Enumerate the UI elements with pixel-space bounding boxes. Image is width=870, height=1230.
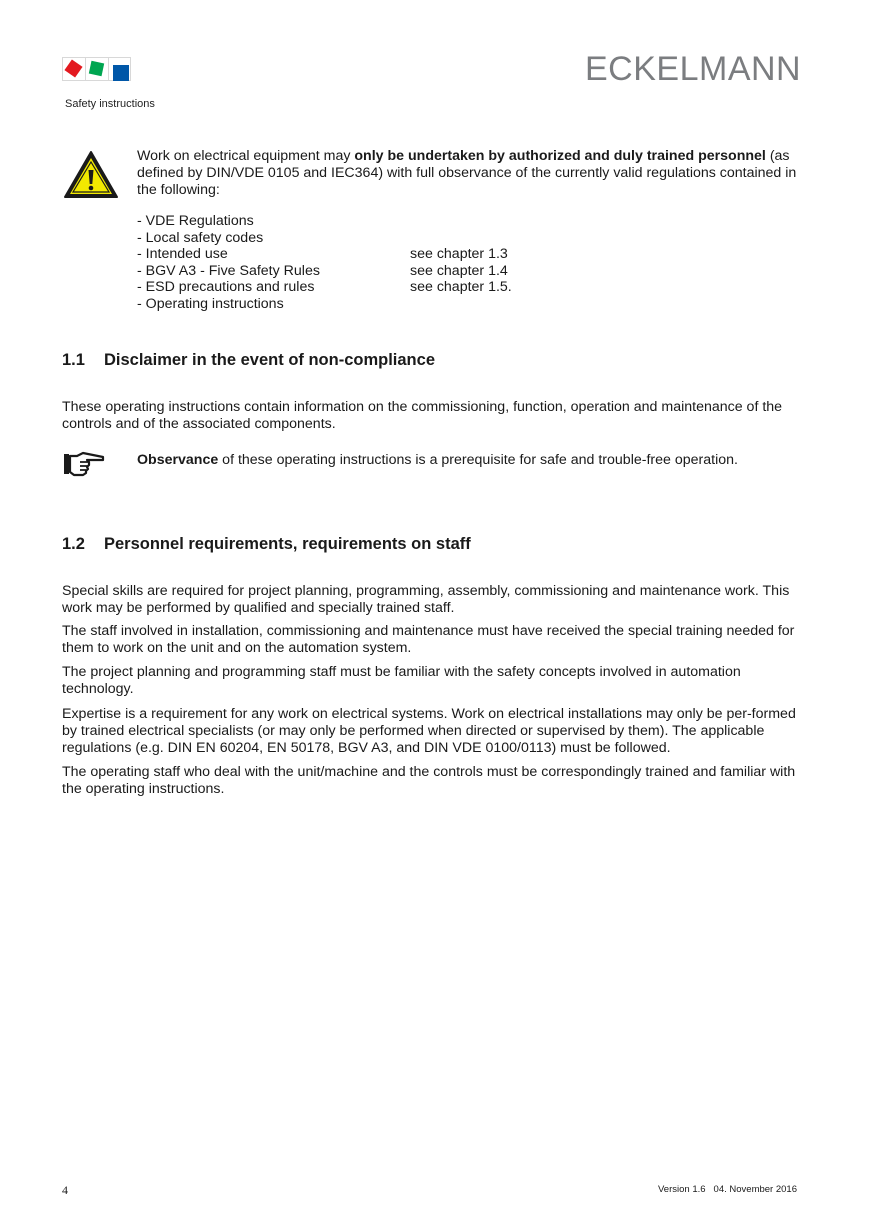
- list-item: - BGV A3 - Five Safety Rulessee chapter …: [137, 263, 637, 280]
- paragraph: Special skills are required for project …: [62, 583, 802, 617]
- regulations-list: - VDE Regulations - Local safety codes -…: [137, 213, 637, 313]
- section-heading-1-1: 1.1Disclaimer in the event of non-compli…: [62, 351, 435, 370]
- paragraph: The project planning and programming sta…: [62, 664, 802, 698]
- logo-green-diamond: [85, 57, 108, 81]
- section-label: Safety instructions: [65, 98, 155, 110]
- list-item: - VDE Regulations: [137, 213, 637, 230]
- logo-red-diamond: [62, 57, 85, 81]
- paragraph: Expertise is a requirement for any work …: [62, 706, 802, 757]
- section-heading-1-2: 1.2Personnel requirements, requirements …: [62, 535, 471, 554]
- warning-text: Work on electrical equipment may only be…: [137, 148, 807, 199]
- list-item: - Local safety codes: [137, 230, 637, 247]
- logo-blue-square: [108, 57, 131, 81]
- note-text: Observance of these operating instructio…: [137, 452, 738, 469]
- page-number: 4: [62, 1183, 68, 1198]
- list-item: - ESD precautions and rulessee chapter 1…: [137, 279, 637, 296]
- chapter-reference[interactable]: see chapter 1.3: [410, 246, 508, 263]
- paragraph: The staff involved in installation, comm…: [62, 623, 802, 657]
- chapter-reference[interactable]: see chapter 1.5.: [410, 279, 512, 296]
- version-info: Version 1.604. November 2016: [658, 1184, 805, 1195]
- list-item: - Intended usesee chapter 1.3: [137, 246, 637, 263]
- list-item: - Operating instructions: [137, 296, 637, 313]
- chapter-reference[interactable]: see chapter 1.4: [410, 263, 508, 280]
- paragraph: These operating instructions contain inf…: [62, 399, 802, 433]
- pointing-hand-icon: [63, 450, 107, 478]
- brand-logo-text: ECKELMANN: [585, 50, 801, 89]
- paragraph: The operating staff who deal with the un…: [62, 764, 802, 798]
- company-logo-marks: [62, 57, 134, 82]
- warning-triangle-icon: [63, 150, 119, 200]
